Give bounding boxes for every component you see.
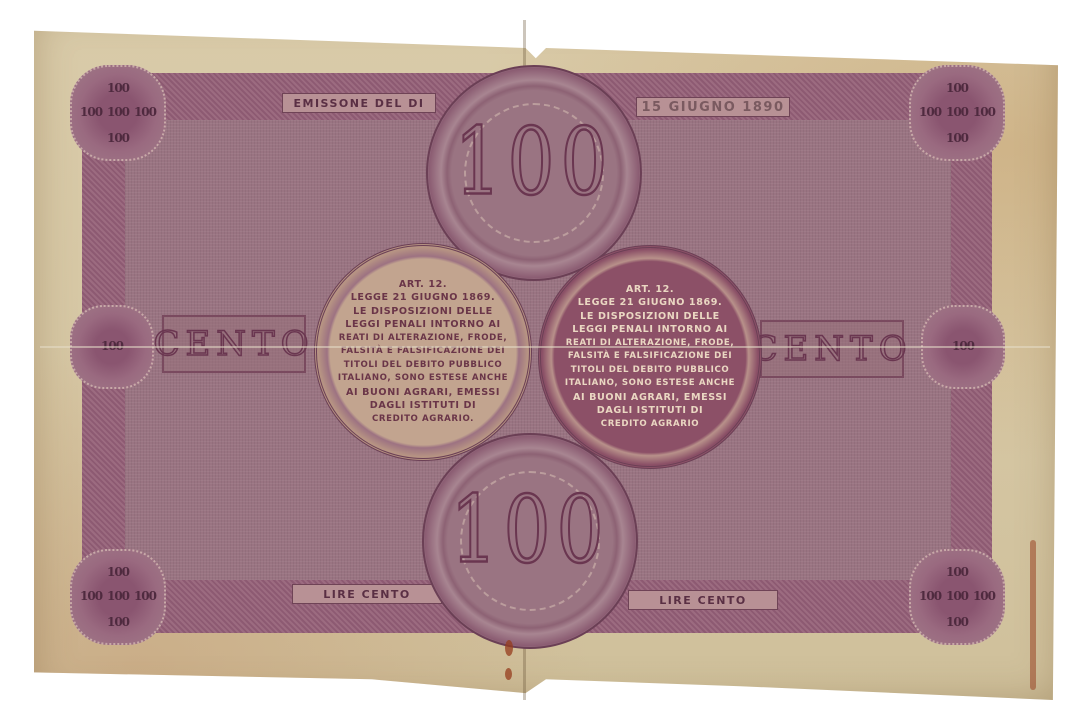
corner-numeral: 100 (946, 105, 968, 119)
legal-text-line: TITOLI DEL DEBITO PUBBLICO (571, 364, 730, 378)
legal-text-medallion-right: ART. 12. LEGGE 21 GIUGNO 1869. LE DISPOS… (538, 245, 762, 469)
legal-text-line: CREDITO AGRARIO (601, 418, 699, 432)
corner-ornament-top-right: 100 100 100 100 100 (909, 65, 1005, 161)
bottom-label-right: LIRE CENTO (628, 590, 778, 610)
legal-text-medallion-left: ART. 12. LEGGE 21 GIUGNO 1869. LE DISPOS… (314, 243, 532, 461)
corner-numeral: 100 (134, 589, 156, 603)
legal-text-line: ART. 12. (626, 283, 674, 297)
legal-text-line: AI BUONI AGRARI, EMESSI (573, 391, 727, 405)
denomination-numeral-bottom: 100 (424, 476, 636, 584)
legal-text-line: LEGGI PENALI INTORNO AI (345, 318, 500, 332)
corner-numeral: 100 (946, 565, 968, 579)
corner-numeral: 100 (107, 565, 129, 579)
legal-text-line: REATI DI ALTERAZIONE, FRODE, (566, 337, 734, 351)
rust-stain (505, 668, 512, 680)
corner-numeral: 100 (80, 589, 102, 603)
corner-numeral: 100 (973, 589, 995, 603)
corner-ornament-bottom-left: 100 100 100 100 100 (70, 549, 166, 645)
bottom-label-left: LIRE CENTO (292, 584, 442, 604)
banknote-reverse-design: 100 100 100 100 100 100 100 100 100 100 … (70, 65, 1005, 645)
corner-numeral: 100 (134, 105, 156, 119)
legal-text-line: TITOLI DEL DEBITO PUBBLICO (344, 359, 503, 373)
denomination-numeral-top: 100 (428, 108, 640, 216)
legal-text-line: LEGGI PENALI INTORNO AI (572, 323, 727, 337)
rust-stain (505, 640, 513, 656)
corner-numeral: 100 (107, 615, 129, 629)
legal-text-line: LE DISPOSIZIONI DELLE (580, 310, 720, 324)
corner-numeral: 100 (919, 105, 941, 119)
legal-text-line: ITALIANO, SONO ESTESE ANCHE (565, 377, 735, 391)
legal-text-line: LE DISPOSIZIONI DELLE (353, 305, 493, 319)
issue-label: EMISSONE DEL DI (282, 93, 436, 113)
legal-text-line: ART. 12. (399, 278, 447, 292)
corner-numeral: 100 (107, 105, 129, 119)
corner-ornament-top-left: 100 100 100 100 100 (70, 65, 166, 161)
horizontal-fold-crease (40, 346, 1050, 348)
legal-text-line: DAGLI ISTITUTI DI (370, 399, 476, 413)
corner-numeral: 100 (107, 81, 129, 95)
rust-stain (1030, 540, 1036, 690)
legal-text-line: LEGGE 21 GIUGNO 1869. (351, 291, 496, 305)
corner-numeral: 100 (107, 589, 129, 603)
cento-box-right: CENTO (760, 320, 904, 378)
corner-numeral: 100 (919, 589, 941, 603)
legal-text-line: DAGLI ISTITUTI DI (597, 404, 703, 418)
legal-text-line: CREDITO AGRARIO. (372, 413, 474, 427)
legal-text-line: REATI DI ALTERAZIONE, FRODE, (339, 332, 507, 346)
corner-numeral: 100 (946, 131, 968, 145)
legal-text-line: FALSITÀ E FALSIFICAZIONE DEI (568, 350, 732, 364)
legal-text-line: ITALIANO, SONO ESTESE ANCHE (338, 372, 508, 386)
corner-numeral: 100 (946, 589, 968, 603)
cento-box-left: CENTO (162, 315, 306, 373)
corner-numeral: 100 (946, 81, 968, 95)
issue-date: 15 GIUGNO 1890 (636, 97, 790, 117)
corner-numeral: 100 (107, 131, 129, 145)
corner-numeral: 100 (946, 615, 968, 629)
legal-text-line: AI BUONI AGRARI, EMESSI (346, 386, 500, 400)
denomination-medallion-bottom: 100 (422, 433, 638, 649)
corner-numeral: 100 (973, 105, 995, 119)
corner-numeral: 100 (80, 105, 102, 119)
legal-text-line: LEGGE 21 GIUGNO 1869. (578, 296, 723, 310)
corner-ornament-bottom-right: 100 100 100 100 100 (909, 549, 1005, 645)
